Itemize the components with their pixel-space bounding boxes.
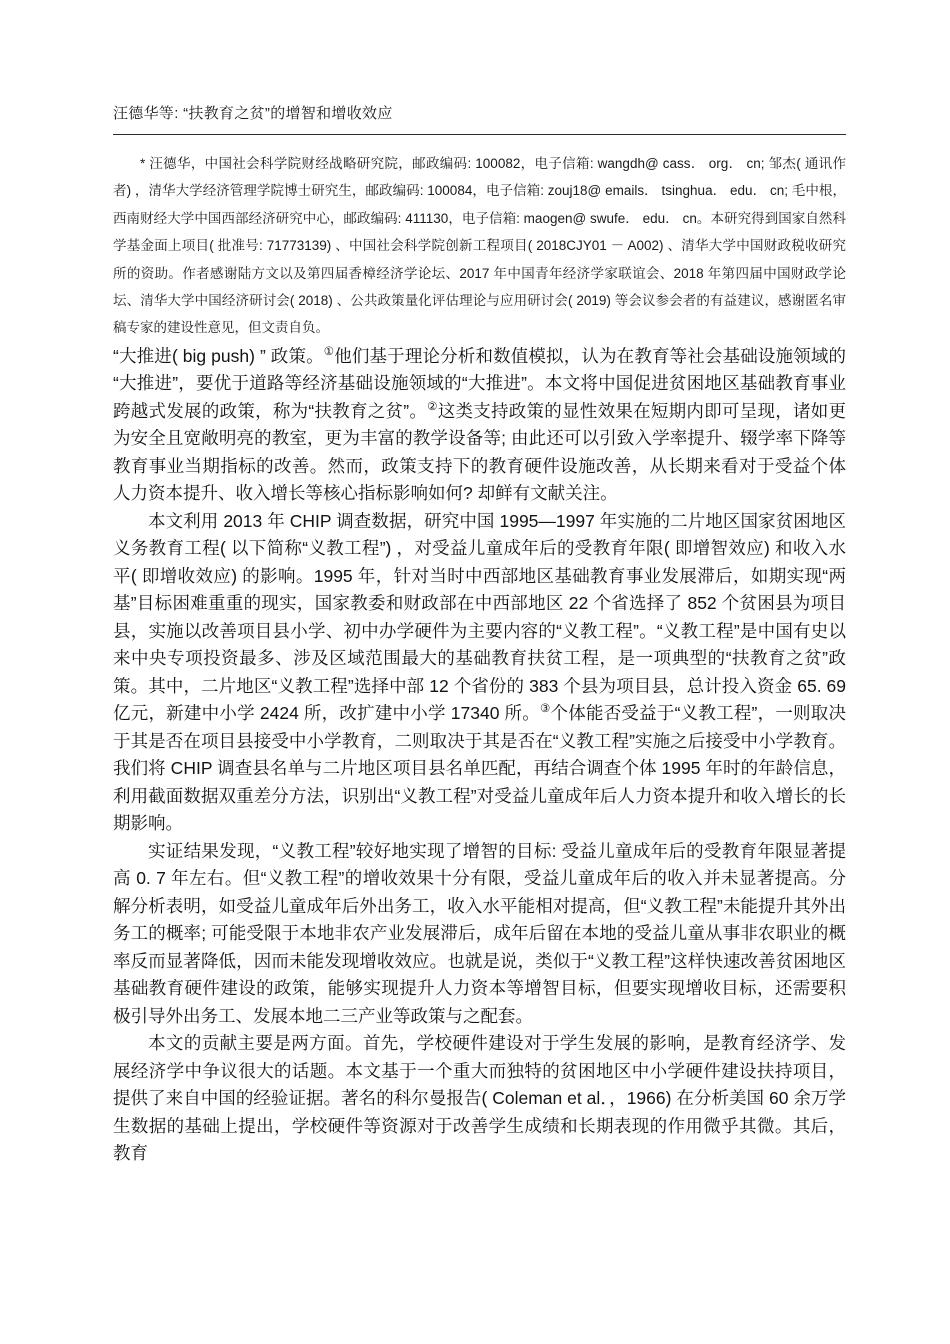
footnote-ref-marker: ② [427, 401, 438, 413]
footnote-ref-marker: ① [324, 346, 334, 358]
footnote-block: * 汪德华，中国社会科学院财经战略研究院，邮政编码: 100082，电子信箱: … [113, 150, 846, 342]
body-paragraph: “大推进( big push) ” 政策。①他们基于理论分析和数值模拟，认为在教… [113, 343, 846, 508]
article-body: “大推进( big push) ” 政策。①他们基于理论分析和数值模拟，认为在教… [113, 343, 846, 1168]
header-divider [113, 134, 846, 135]
footnote-text: * 汪德华，中国社会科学院财经战略研究院，邮政编码: 100082，电子信箱: … [113, 150, 846, 342]
footnote-ref-marker: ③ [540, 704, 551, 716]
page-content: 汪德华等: “扶教育之贫”的增智和增收效应 * 汪德华，中国社会科学院财经战略研… [113, 104, 846, 1168]
body-paragraph: 本文的贡献主要是两方面。首先，学校硬件建设对于学生发展的影响，是教育经济学、发展… [113, 1030, 846, 1168]
paragraph-text: 实证结果发现，“义教工程”较好地实现了增智的目标: 受益儿童成年后的受教育年限显… [113, 841, 846, 1026]
body-paragraph: 本文利用 2013 年 CHIP 调查数据，研究中国 1995—1997 年实施… [113, 508, 846, 838]
page-header: 汪德华等: “扶教育之贫”的增智和增收效应 [113, 104, 846, 135]
paragraph-text: 本文的贡献主要是两方面。首先，学校硬件建设对于学生发展的影响，是教育经济学、发展… [113, 1033, 846, 1163]
running-head: 汪德华等: “扶教育之贫”的增智和增收效应 [113, 104, 846, 124]
paragraph-text: “大推进( big push) ” 政策。 [113, 346, 324, 366]
paper-page: 汪德华等: “扶教育之贫”的增智和增收效应 * 汪德华，中国社会科学院财经战略研… [0, 0, 950, 1344]
body-paragraph: 实证结果发现，“义教工程”较好地实现了增智的目标: 受益儿童成年后的受教育年限显… [113, 838, 846, 1031]
paragraph-text: 本文利用 2013 年 CHIP 调查数据，研究中国 1995—1997 年实施… [113, 511, 846, 724]
